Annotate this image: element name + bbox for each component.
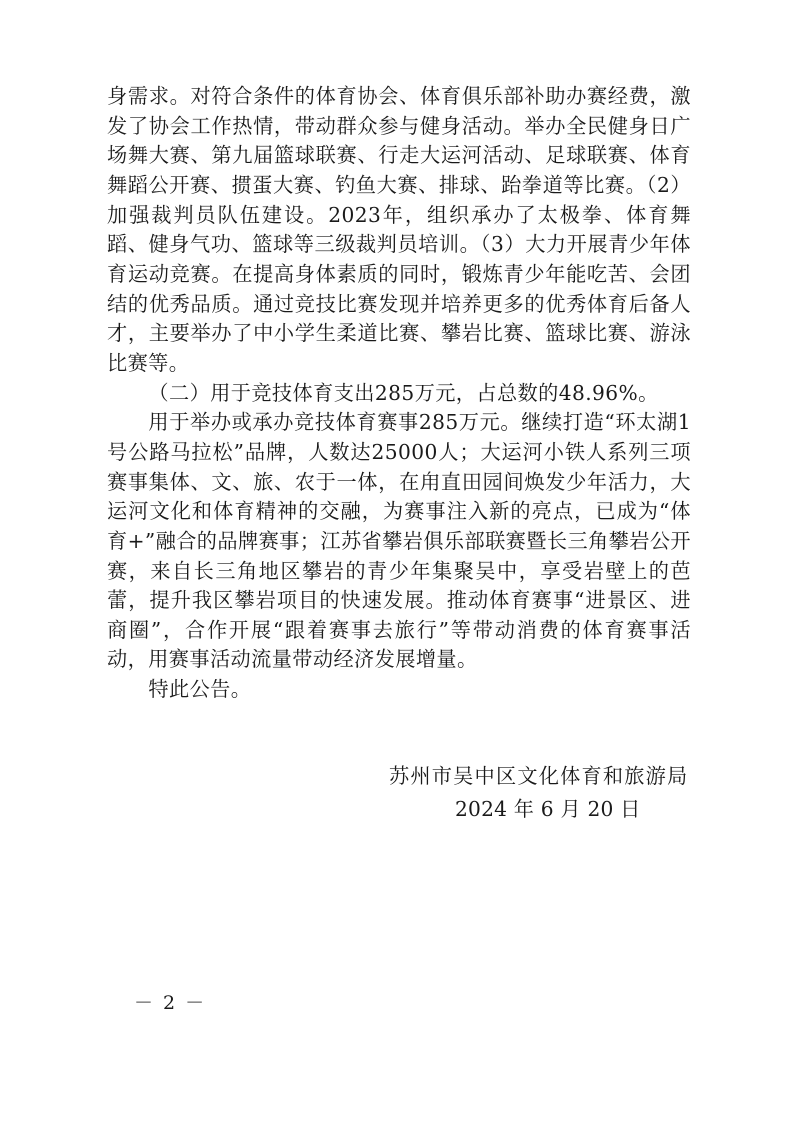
document-body: 身需求。对符合条件的体育协会、体育俱乐部补助办赛经费，激发了协会工作热情，带动群… (107, 82, 691, 705)
page-number: － 2 － (134, 990, 206, 1016)
paragraph-announcement-closing: 特此公告。 (107, 675, 691, 705)
paragraph-competitive-events: 用于举办或承办竞技体育赛事285万元。继续打造“环太湖1号公路马拉松”品牌，人数… (107, 408, 691, 675)
signature-organization: 苏州市吴中区文化体育和旅游局 (389, 761, 688, 791)
section-heading-competitive-sports: （二）用于竞技体育支出285万元，占总数的48.96%。 (107, 379, 691, 409)
paragraph-continued-activities: 身需求。对符合条件的体育协会、体育俱乐部补助办赛经费，激发了协会工作热情，带动群… (107, 82, 691, 379)
document-page: 身需求。对符合条件的体育协会、体育俱乐部补助办赛经费，激发了协会工作热情，带动群… (0, 0, 793, 1122)
signature-date: 2024 年 6 月 20 日 (455, 794, 641, 824)
